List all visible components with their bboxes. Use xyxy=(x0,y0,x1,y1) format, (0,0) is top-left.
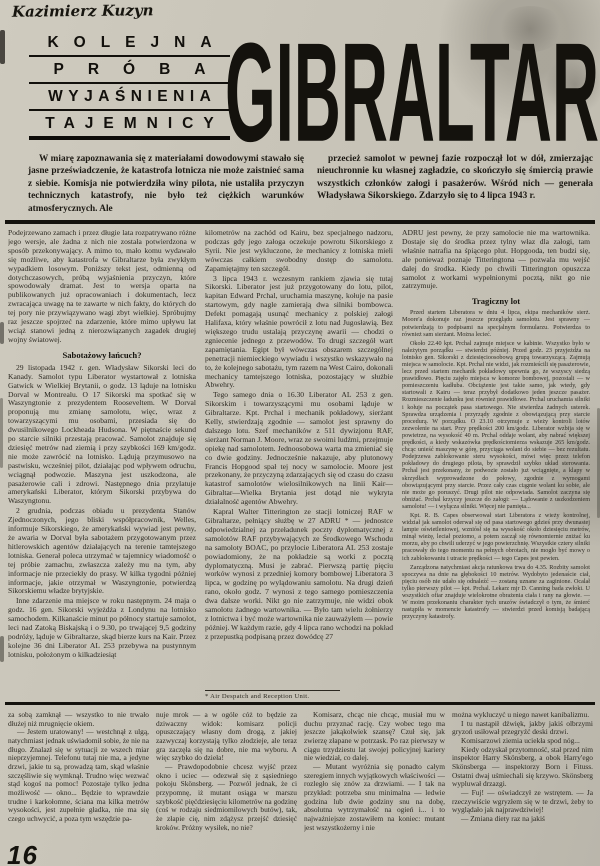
article-column-1: Podejrzewano zamach i przez długie lata … xyxy=(8,229,196,700)
paragraph: nuje mrok — a w ogóle cóż to będzie za d… xyxy=(156,711,297,763)
page-number: 16 xyxy=(7,840,38,866)
kicker-word: KOLEJNA xyxy=(29,30,230,57)
story-column-4: można wykluczyć u niego nawet kanibalizm… xyxy=(452,711,593,863)
small-text-block: Przed startem Liberatora w dniu 4 lipca,… xyxy=(402,310,590,621)
article-column-3: ADRU jest pewny, że przy samolocie nie m… xyxy=(402,229,590,700)
kicker-word: WYJAŚNIENIA xyxy=(29,84,230,111)
divider-rule-top xyxy=(5,220,595,224)
kicker-word: PRÓBA xyxy=(29,57,230,84)
paragraph: Tego samego dnia o 16.30 Liberator AL 25… xyxy=(205,391,393,507)
paragraph: Kiedy odzyskał przytomność, stał przed n… xyxy=(452,746,593,789)
article-column-2: kilometrów na zachód od Kairu, bez specj… xyxy=(205,229,393,700)
paragraph: 2 grudnia, podczas obiadu u prezydenta S… xyxy=(8,507,196,596)
article-body: Podejrzewano zamach i przez długie lata … xyxy=(8,229,592,700)
story-column-3: Komisarz, chcąc nie chcąc, musiał mu w d… xyxy=(304,711,445,863)
lead-paragraph: W miarę zapoznawania się z materiałami d… xyxy=(28,153,594,215)
lead-right: przecież samolot w pewnej fazie rozpoczą… xyxy=(317,153,593,215)
paragraph: Zarządzona natychmiast akcja ratunkowa t… xyxy=(402,565,590,622)
story-column-2: nuje mrok — a w ogóle cóż to będzie za d… xyxy=(156,711,297,863)
paragraph: Komisarz, chcąc nie chcąc, musiał mu w d… xyxy=(304,711,445,763)
paragraph: — Jestem uratowany! — westchnął z ulgą, … xyxy=(8,728,149,823)
author-byline: Kazimierz Kuzyn xyxy=(12,1,154,20)
paragraph: Kapral Walter Titterington ze stacji lot… xyxy=(205,508,393,642)
paragraph: I tu nastąpił dźwięk, jakby jakiś olbrzy… xyxy=(452,720,593,737)
paragraph: Około 22.40 kpt. Prchal zajmuje miejsce … xyxy=(402,341,590,511)
paragraph: 29 listopada 1942 r. gen. Władysław Siko… xyxy=(8,364,196,507)
serial-story: za sobą zamknął — wszystko to nie trwało… xyxy=(8,711,594,863)
subhead-tragic-flight: Tragiczny lot xyxy=(402,296,590,306)
scan-smudge xyxy=(0,398,3,468)
lead-left: W miarę zapoznawania się z materiałami d… xyxy=(28,153,304,215)
scan-smudge xyxy=(0,636,4,662)
paragraph: — Fuj! — oświadczył ze wstrętem. — Ja rz… xyxy=(452,789,593,815)
footnote: * Air Despatch and Reception Unit. xyxy=(205,690,340,700)
kicker-headline: KOLEJNA PRÓBA WYJAŚNIENIA TAJEMNICY xyxy=(29,30,230,140)
paragraph: — Mutant wyróżnia się ponadto całym szer… xyxy=(304,763,445,832)
paragraph: kilometrów na zachód od Kairu, bez specj… xyxy=(205,229,393,274)
subhead-sabotage: Sabotażowy łańcuch? xyxy=(8,350,196,360)
main-title: GIBRALTAR xyxy=(224,26,600,146)
scan-smudge xyxy=(0,322,4,344)
divider-rule-bottom xyxy=(5,702,595,705)
scan-smudge xyxy=(0,30,5,64)
main-title-text: GIBRALTAR xyxy=(225,26,599,146)
paragraph: Przed startem Liberatora w dniu 4 lipca,… xyxy=(402,310,590,338)
paragraph: — Prawdopodobnie chcesz wyjść przez okno… xyxy=(156,763,297,832)
paragraph: Kpt. R. B. Capes obserwował start Libera… xyxy=(402,513,590,563)
paragraph: Inne zdarzenie ma miejsce w roku następn… xyxy=(8,597,196,659)
paragraph: za sobą zamknął — wszystko to nie trwało… xyxy=(8,711,149,728)
paragraph: — Zmiana diety raz na jakiś xyxy=(452,815,593,824)
paragraph: ADRU jest pewny, że przy samolocie nie m… xyxy=(402,229,590,291)
newspaper-page: Kazimierz Kuzyn KOLEJNA PRÓBA WYJAŚNIENI… xyxy=(0,0,600,866)
kicker-word: TAJEMNICY xyxy=(29,111,230,140)
paragraph: 3 lipca 1943 r. wczesnym rankiem zjawia … xyxy=(205,275,393,391)
paragraph: Podejrzewano zamach i przez długie lata … xyxy=(8,229,196,345)
